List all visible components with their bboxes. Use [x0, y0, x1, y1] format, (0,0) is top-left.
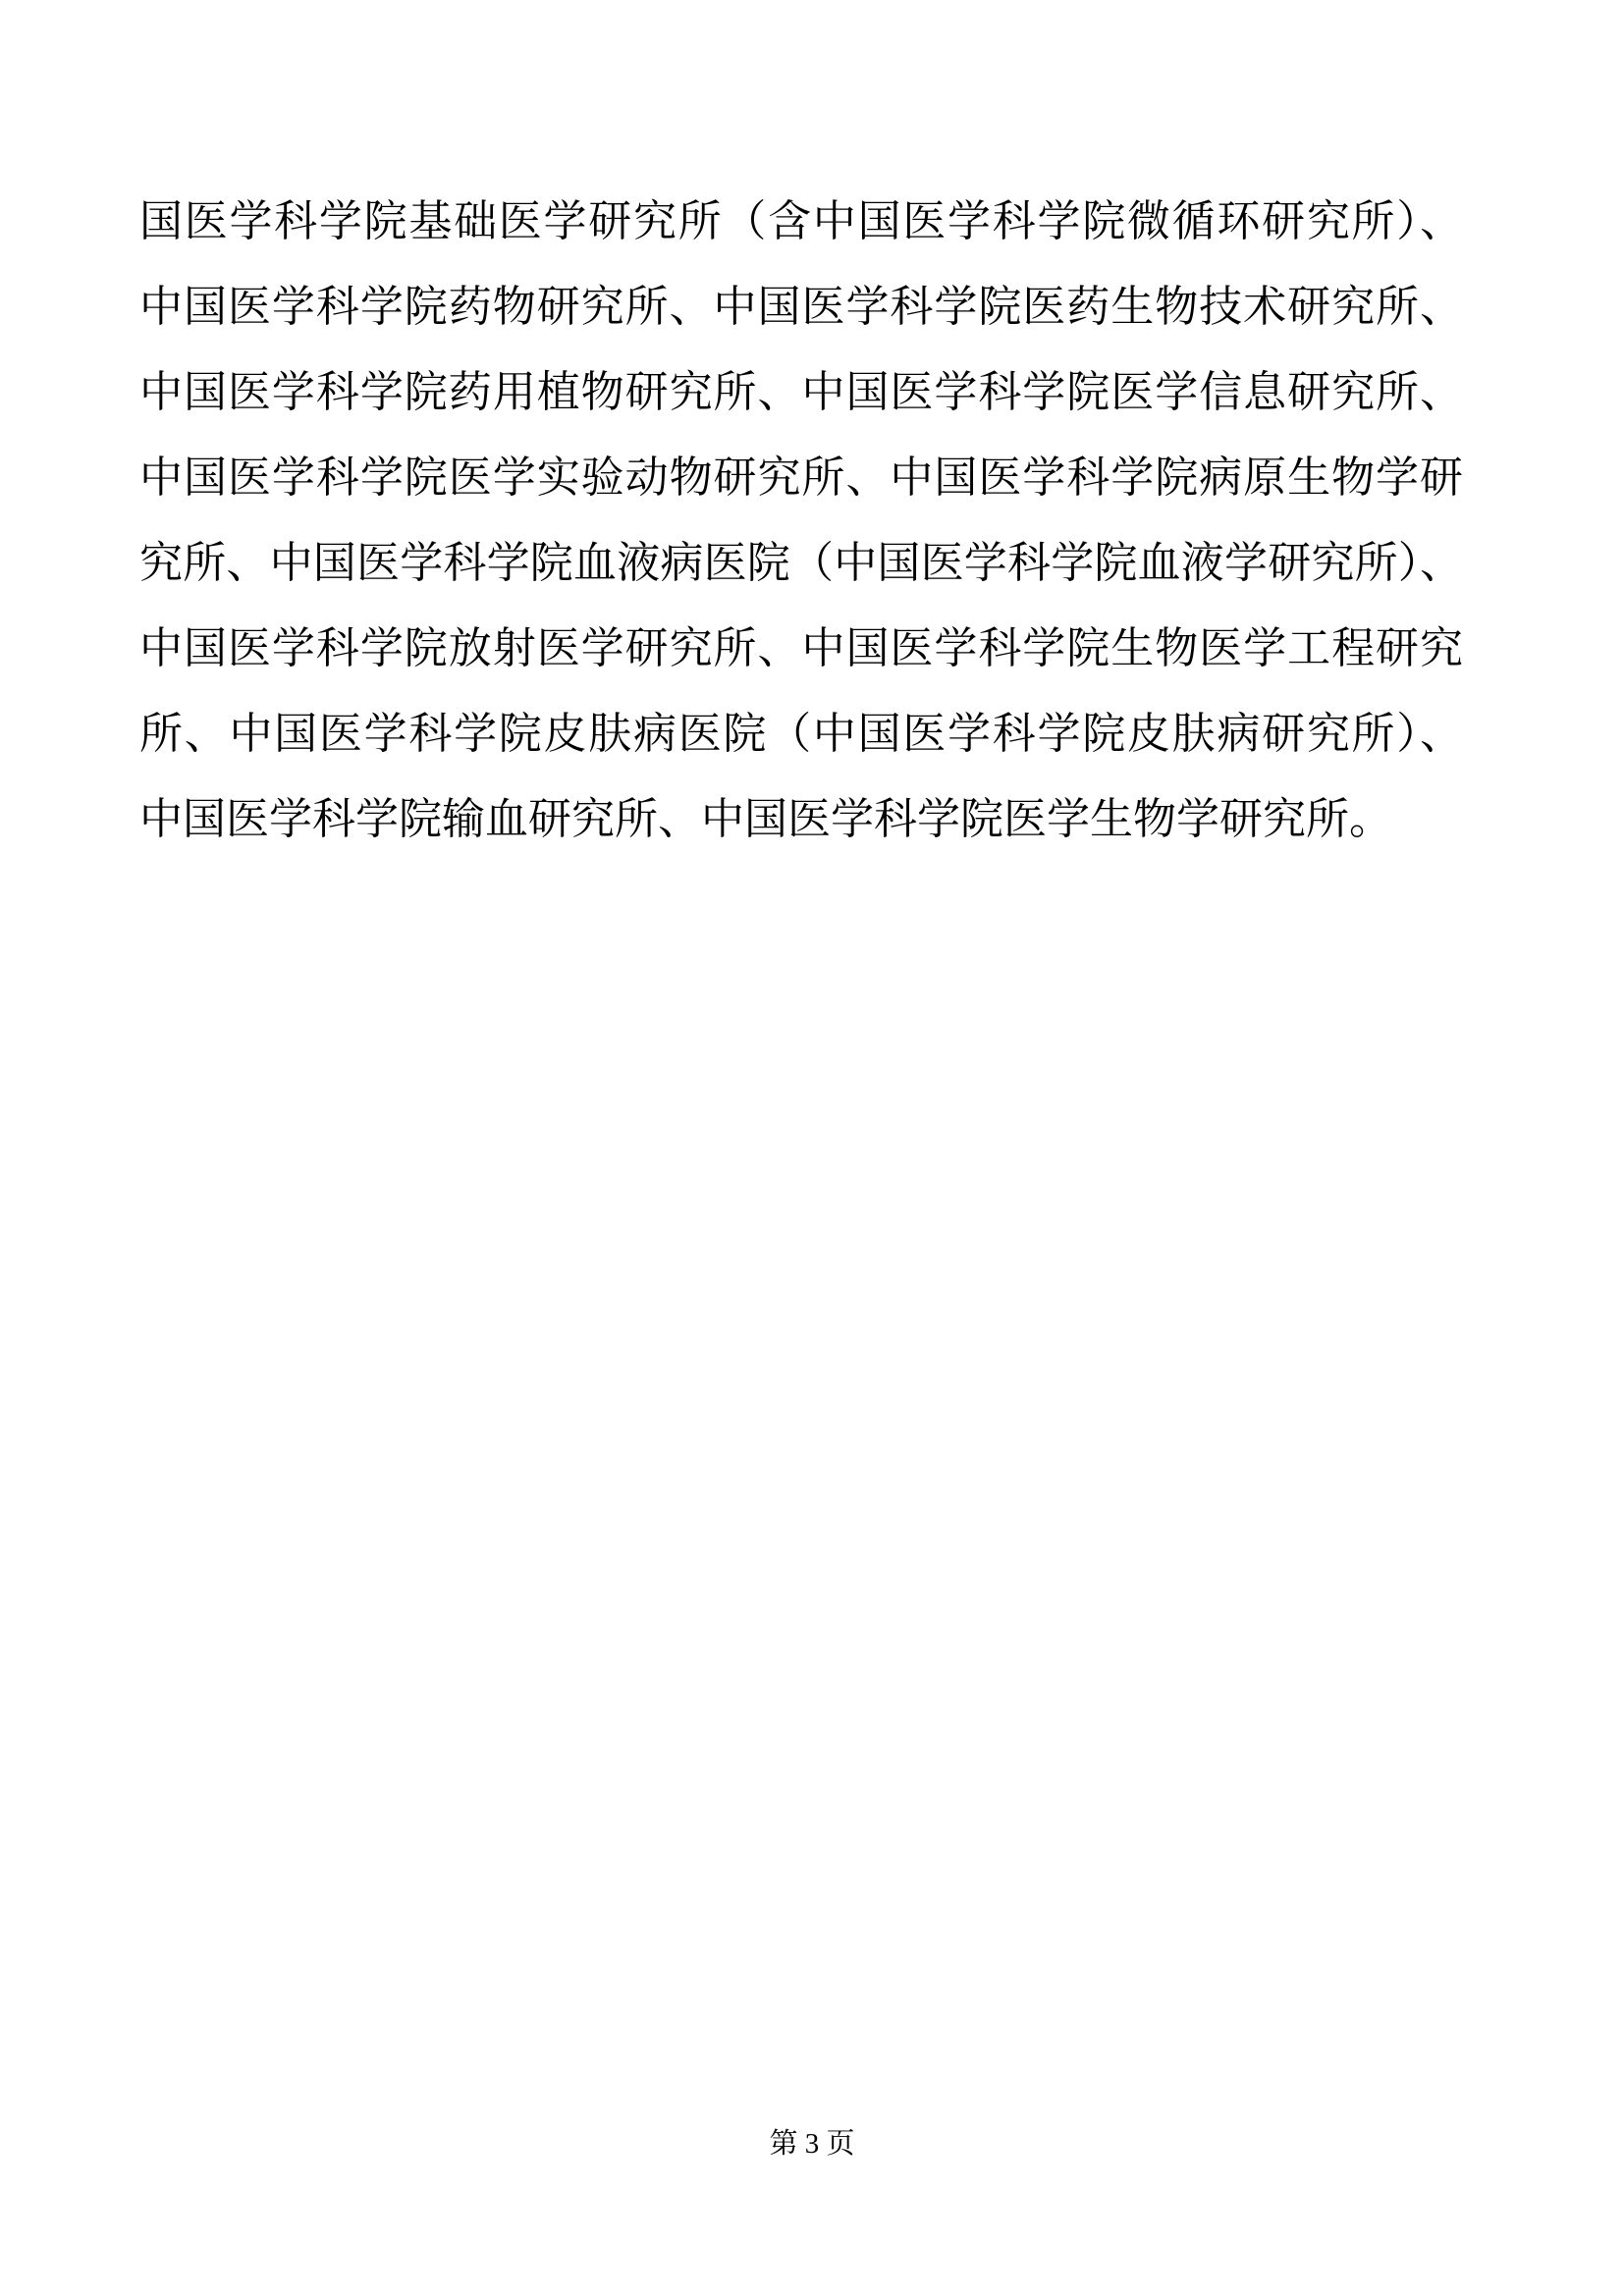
body-text-line: 中国医学科学院医学实验动物研究所、中国医学科学院病原生物学研 [139, 435, 1463, 520]
document-page: 国医学科学院基础医学研究所（含中国医学科学院微循环研究所）、 中国医学科学院药物… [0, 0, 1624, 2296]
body-text-line: 中国医学科学院药物研究所、中国医学科学院医药生物技术研究所、 [139, 264, 1463, 349]
body-text-line: 中国医学科学院输血研究所、中国医学科学院医学生物学研究所。 [139, 776, 1463, 862]
body-text-line: 所、中国医学科学院皮肤病医院（中国医学科学院皮肤病研究所）、 [139, 691, 1463, 776]
body-text-line: 中国医学科学院放射医学研究所、中国医学科学院生物医学工程研究 [139, 606, 1463, 691]
page-number: 第 3 页 [0, 2126, 1624, 2162]
body-text-line: 中国医学科学院药用植物研究所、中国医学科学院医学信息研究所、 [139, 349, 1463, 435]
body-text-block: 国医学科学院基础医学研究所（含中国医学科学院微循环研究所）、 中国医学科学院药物… [139, 179, 1463, 862]
body-text-line: 国医学科学院基础医学研究所（含中国医学科学院微循环研究所）、 [139, 179, 1463, 264]
body-text-line: 究所、中国医学科学院血液病医院（中国医学科学院血液学研究所）、 [139, 520, 1463, 606]
